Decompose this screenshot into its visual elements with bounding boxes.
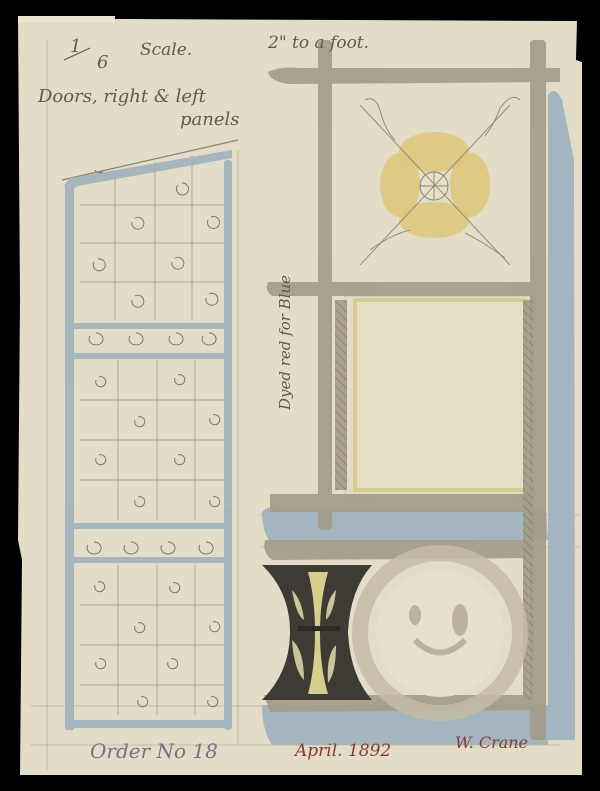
scale-label: Scale.: [140, 40, 192, 60]
scale-fraction-denominator: 6: [97, 52, 108, 73]
scale-ratio: 2" to a foot.: [267, 33, 369, 53]
artwork-canvas: 1 6 Scale. 2" to a foot. Doors, right & …: [0, 0, 600, 791]
title-line-1: Doors, right & left: [37, 86, 207, 107]
title-line-2: panels: [180, 109, 240, 130]
signature: W. Crane: [455, 733, 528, 752]
vertical-note: Dyed red for Blue: [276, 275, 294, 411]
order-number: Order No 18: [90, 739, 218, 763]
scale-fraction-numerator: 1: [70, 36, 81, 57]
drawing-sheet: 1 6 Scale. 2" to a foot. Doors, right & …: [0, 0, 600, 791]
date-label: April. 1892: [293, 741, 391, 761]
circle-medallion: [360, 553, 520, 713]
